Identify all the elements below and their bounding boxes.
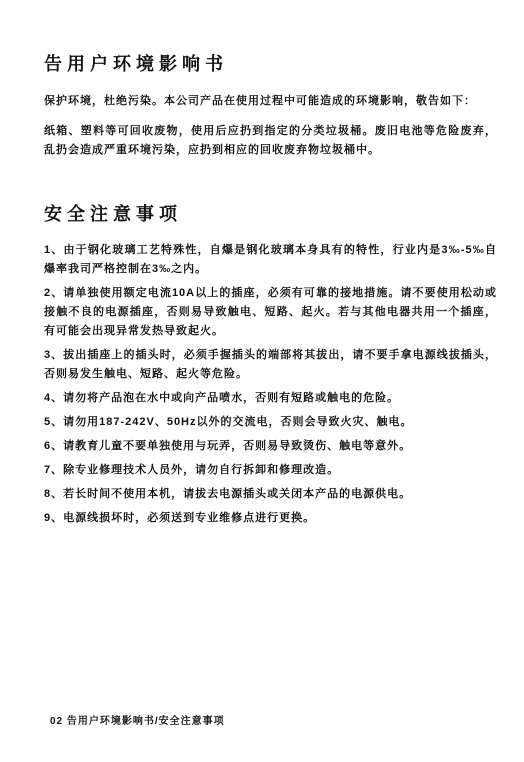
safety-item: 7、除专业修理技术人员外，请勿自行拆卸和修理改造。 (44, 461, 497, 480)
safety-item: 8、若长时间不使用本机，请拔去电源插头或关闭本产品的电源供电。 (44, 485, 497, 504)
manual-page: 告用户环境影响书 保护环境，杜绝污染。本公司产品在使用过程中可能造成的环境影响，… (0, 0, 524, 762)
safety-item: 6、请教育儿童不要单独使用与玩弄，否则易导致烫伤、触电等意外。 (44, 437, 497, 456)
section-safety: 安全注意事项 1、由于钢化玻璃工艺特殊性，自爆是钢化玻璃本身具有的特性，行业内是… (44, 202, 497, 528)
safety-item: 3、拔出插座上的插头时，必须手握插头的端部将其拔出，请不要手拿电源线拔插头，否则… (44, 346, 497, 384)
section-environment: 告用户环境影响书 保护环境，杜绝污染。本公司产品在使用过程中可能造成的环境影响，… (44, 52, 497, 160)
safety-item: 4、请勿将产品泡在水中或向产品喷水，否则有短路或触电的危险。 (44, 389, 497, 408)
safety-item: 5、请勿用187-242V、50Hz以外的交流电，否则会导致火灾、触电。 (44, 413, 497, 432)
safety-item: 1、由于钢化玻璃工艺特殊性，自爆是钢化玻璃本身具有的特性，行业内是3‰-5‰自爆… (44, 241, 497, 279)
safety-item: 2、请单独使用额定电流10A以上的插座，必须有可靠的接地措施。请不要使用松动或接… (44, 284, 497, 341)
environment-section-title: 告用户环境影响书 (44, 52, 497, 76)
safety-section-title: 安全注意事项 (44, 202, 497, 226)
safety-item: 9、电源线损坏时，必须送到专业维修点进行更换。 (44, 509, 497, 528)
environment-paragraph: 纸箱、塑料等可回收废物，使用后应扔到指定的分类垃圾桶。废旧电池等危险废弃，乱扔会… (44, 122, 497, 160)
environment-paragraph: 保护环境，杜绝污染。本公司产品在使用过程中可能造成的环境影响，敬告如下： (44, 92, 497, 111)
page-footer: 02 告用户环境影响书/安全注意事项 (50, 712, 225, 727)
